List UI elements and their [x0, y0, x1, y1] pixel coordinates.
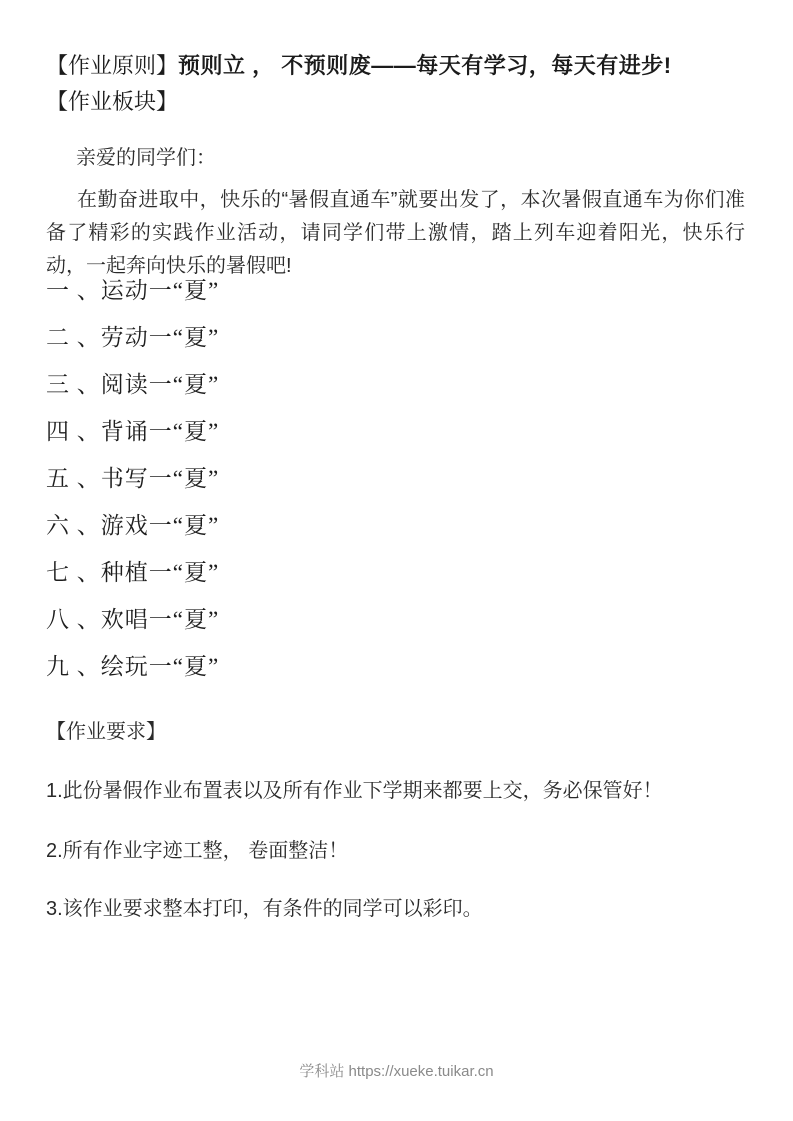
- list-item-planting: 七 、种植一“夏”: [46, 553, 745, 593]
- list-item-labor: 二 、劳动一“夏”: [46, 318, 745, 358]
- homework-principle-heading: 【作业原则】预则立 ， 不预则废——每天有学习，每天有进步!: [46, 48, 745, 84]
- list-item-drawing: 九 、绘玩一“夏”: [46, 647, 745, 687]
- principle-bracket-title: 【作业原则】: [46, 53, 178, 78]
- list-item-sports: 一 、运动一“夏”: [46, 271, 745, 311]
- requirement-item-3: 3.该作业要求整本打印，有条件的同学可以彩印。: [46, 894, 745, 924]
- requirement-item-2: 2.所有作业字迹工整， 卷面整洁！: [46, 836, 745, 866]
- requirement-item-1: 1.此份暑假作业布置表以及所有作业下学期来都要上交，务必保管好！: [46, 776, 745, 806]
- intro-paragraph: 在勤奋进取中，快乐的“暑假直通车”就要出发了，本次暑假直通车为你们准备了精彩的实…: [46, 184, 745, 283]
- principle-text: 预则立 ， 不预则废——每天有学习，每天有进步!: [178, 53, 672, 78]
- requirements-heading: 【作业要求】: [46, 717, 745, 747]
- list-item-writing: 五 、书写一“夏”: [46, 459, 745, 499]
- list-item-recitation: 四 、背诵一“夏”: [46, 412, 745, 452]
- document-page: 【作业原则】预则立 ， 不预则废——每天有学习，每天有进步! 【作业板块】 亲爱…: [0, 0, 793, 1121]
- homework-sections-heading: 【作业板块】: [46, 84, 745, 120]
- list-item-games: 六 、游戏一“夏”: [46, 506, 745, 546]
- list-item-singing: 八 、欢唱一“夏”: [46, 600, 745, 640]
- footer-site-credit[interactable]: 学科站 https://xueke.tuikar.cn: [0, 1062, 793, 1082]
- section-list: 一 、运动一“夏” 二 、劳动一“夏” 三 、阅读一“夏” 四 、背诵一“夏” …: [46, 271, 745, 687]
- greeting-line: 亲爱的同学们：: [46, 144, 745, 172]
- list-item-reading: 三 、阅读一“夏”: [46, 365, 745, 405]
